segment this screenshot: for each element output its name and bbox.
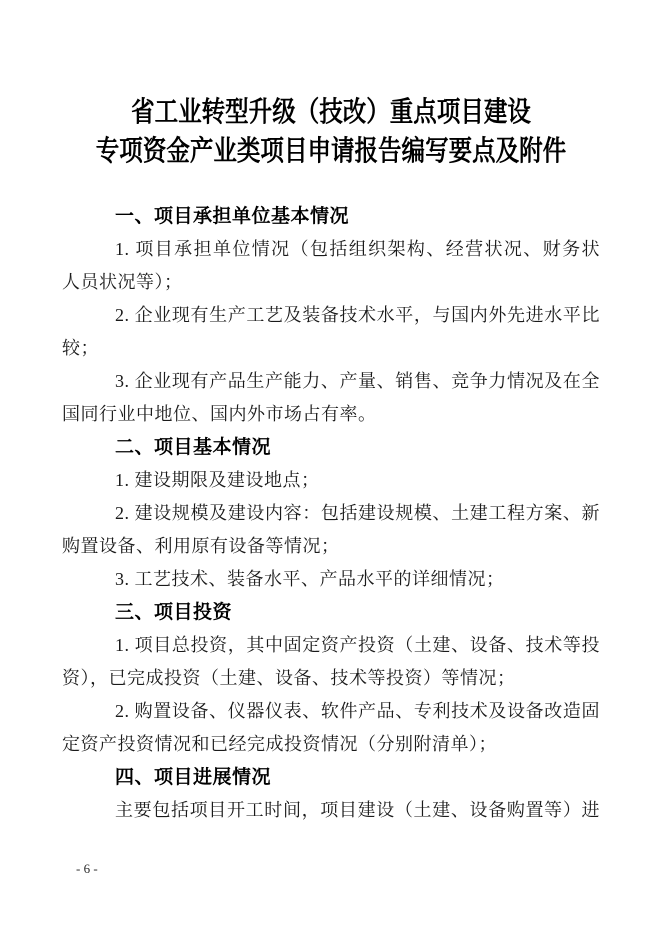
document-line: 3. 企业现有产品生产能力、产量、销售、竞争力情况及在全 (62, 365, 600, 398)
document-line: 国同行业中地位、国内外市场占有率。 (62, 398, 600, 431)
section-heading-1: 一、项目承担单位基本情况 (62, 200, 600, 233)
document-line: 定资产投资情况和已经完成投资情况（分别附清单）； (62, 728, 600, 761)
document-line: 2. 购置设备、仪器仪表、软件产品、专利技术及设备改造固 (62, 695, 600, 728)
page-number: - 6 - (76, 860, 98, 878)
section-heading-3: 三、项目投资 (62, 596, 600, 629)
document-line: 资），已完成投资（土建、设备、技术等投资）等情况； (62, 662, 600, 695)
document-line: 较； (62, 332, 600, 365)
document-line: 1. 建设期限及建设地点； (62, 464, 600, 497)
document-line: 3. 工艺技术、装备水平、产品水平的详细情况； (62, 563, 600, 596)
document-line: 购置设备、利用原有设备等情况； (62, 530, 600, 563)
section-heading-4: 四、项目进展情况 (62, 761, 600, 794)
document-title-line-1: 省工业转型升级（技改）重点项目建设 (53, 92, 609, 131)
section-heading-2: 二、项目基本情况 (62, 431, 600, 464)
document-line: 2. 建设规模及建设内容：包括建设规模、土建工程方案、新 (62, 497, 600, 530)
document-line: 2. 企业现有生产工艺及装备技术水平，与国内外先进水平比 (62, 299, 600, 332)
document-line: 1. 项目总投资，其中固定资产投资（土建、设备、技术等投 (62, 629, 600, 662)
document-line: 1. 项目承担单位情况（包括组织架构、经营状况、财务状况、 (62, 233, 600, 266)
document-line: 主要包括项目开工时间，项目建设（土建、设备购置等）进 (62, 794, 600, 827)
document-title-line-2: 专项资金产业类项目申请报告编写要点及附件 (53, 131, 609, 170)
document-title: 省工业转型升级（技改）重点项目建设 专项资金产业类项目申请报告编写要点及附件 (0, 92, 662, 170)
document-page: 省工业转型升级（技改）重点项目建设 专项资金产业类项目申请报告编写要点及附件 一… (0, 0, 662, 936)
document-body: 一、项目承担单位基本情况 1. 项目承担单位情况（包括组织架构、经营状况、财务状… (62, 200, 600, 827)
document-line: 人员状况等）； (62, 266, 600, 299)
